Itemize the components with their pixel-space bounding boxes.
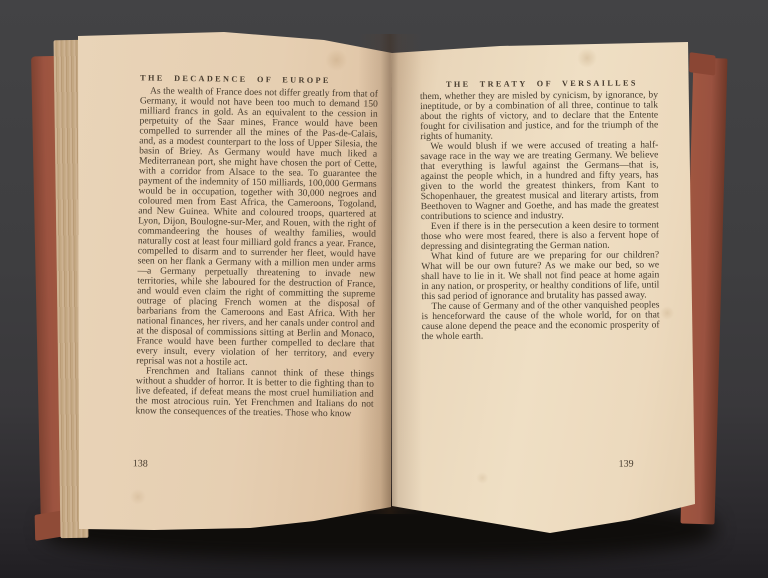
right-page-number: 139 xyxy=(619,459,634,470)
paragraph: What kind of future are we preparing for… xyxy=(421,250,659,302)
left-running-head: THE DECADENCE OF EUROPE xyxy=(140,73,331,85)
paragraph: As the wealth of France does not differ … xyxy=(136,86,378,369)
right-page: THE TREATY OF VERSAILLES them, whether t… xyxy=(390,38,698,538)
paragraph: The cause of Germany and of the other va… xyxy=(421,300,659,342)
paragraph: We would blush if we were accused of tre… xyxy=(420,140,659,222)
paragraph: Frenchmen and Italians cannot think of t… xyxy=(135,366,374,419)
paragraph: Even if there is in the persecution a ke… xyxy=(421,220,659,252)
left-page-number: 138 xyxy=(133,458,148,469)
right-page-text: them, whether they are misled by cynicis… xyxy=(420,90,660,342)
left-page: THE DECADENCE OF EUROPE As the wealth of… xyxy=(74,30,394,532)
paragraph: them, whether they are misled by cynicis… xyxy=(420,90,658,142)
right-running-head: THE TREATY OF VERSAILLES xyxy=(420,78,664,89)
left-page-text: As the wealth of France does not differ … xyxy=(135,86,378,419)
right-page-content: THE TREATY OF VERSAILLES them, whether t… xyxy=(390,36,701,538)
photo-background: THE DECADENCE OF EUROPE As the wealth of… xyxy=(0,0,768,578)
left-page-content: THE DECADENCE OF EUROPE As the wealth of… xyxy=(68,29,395,535)
